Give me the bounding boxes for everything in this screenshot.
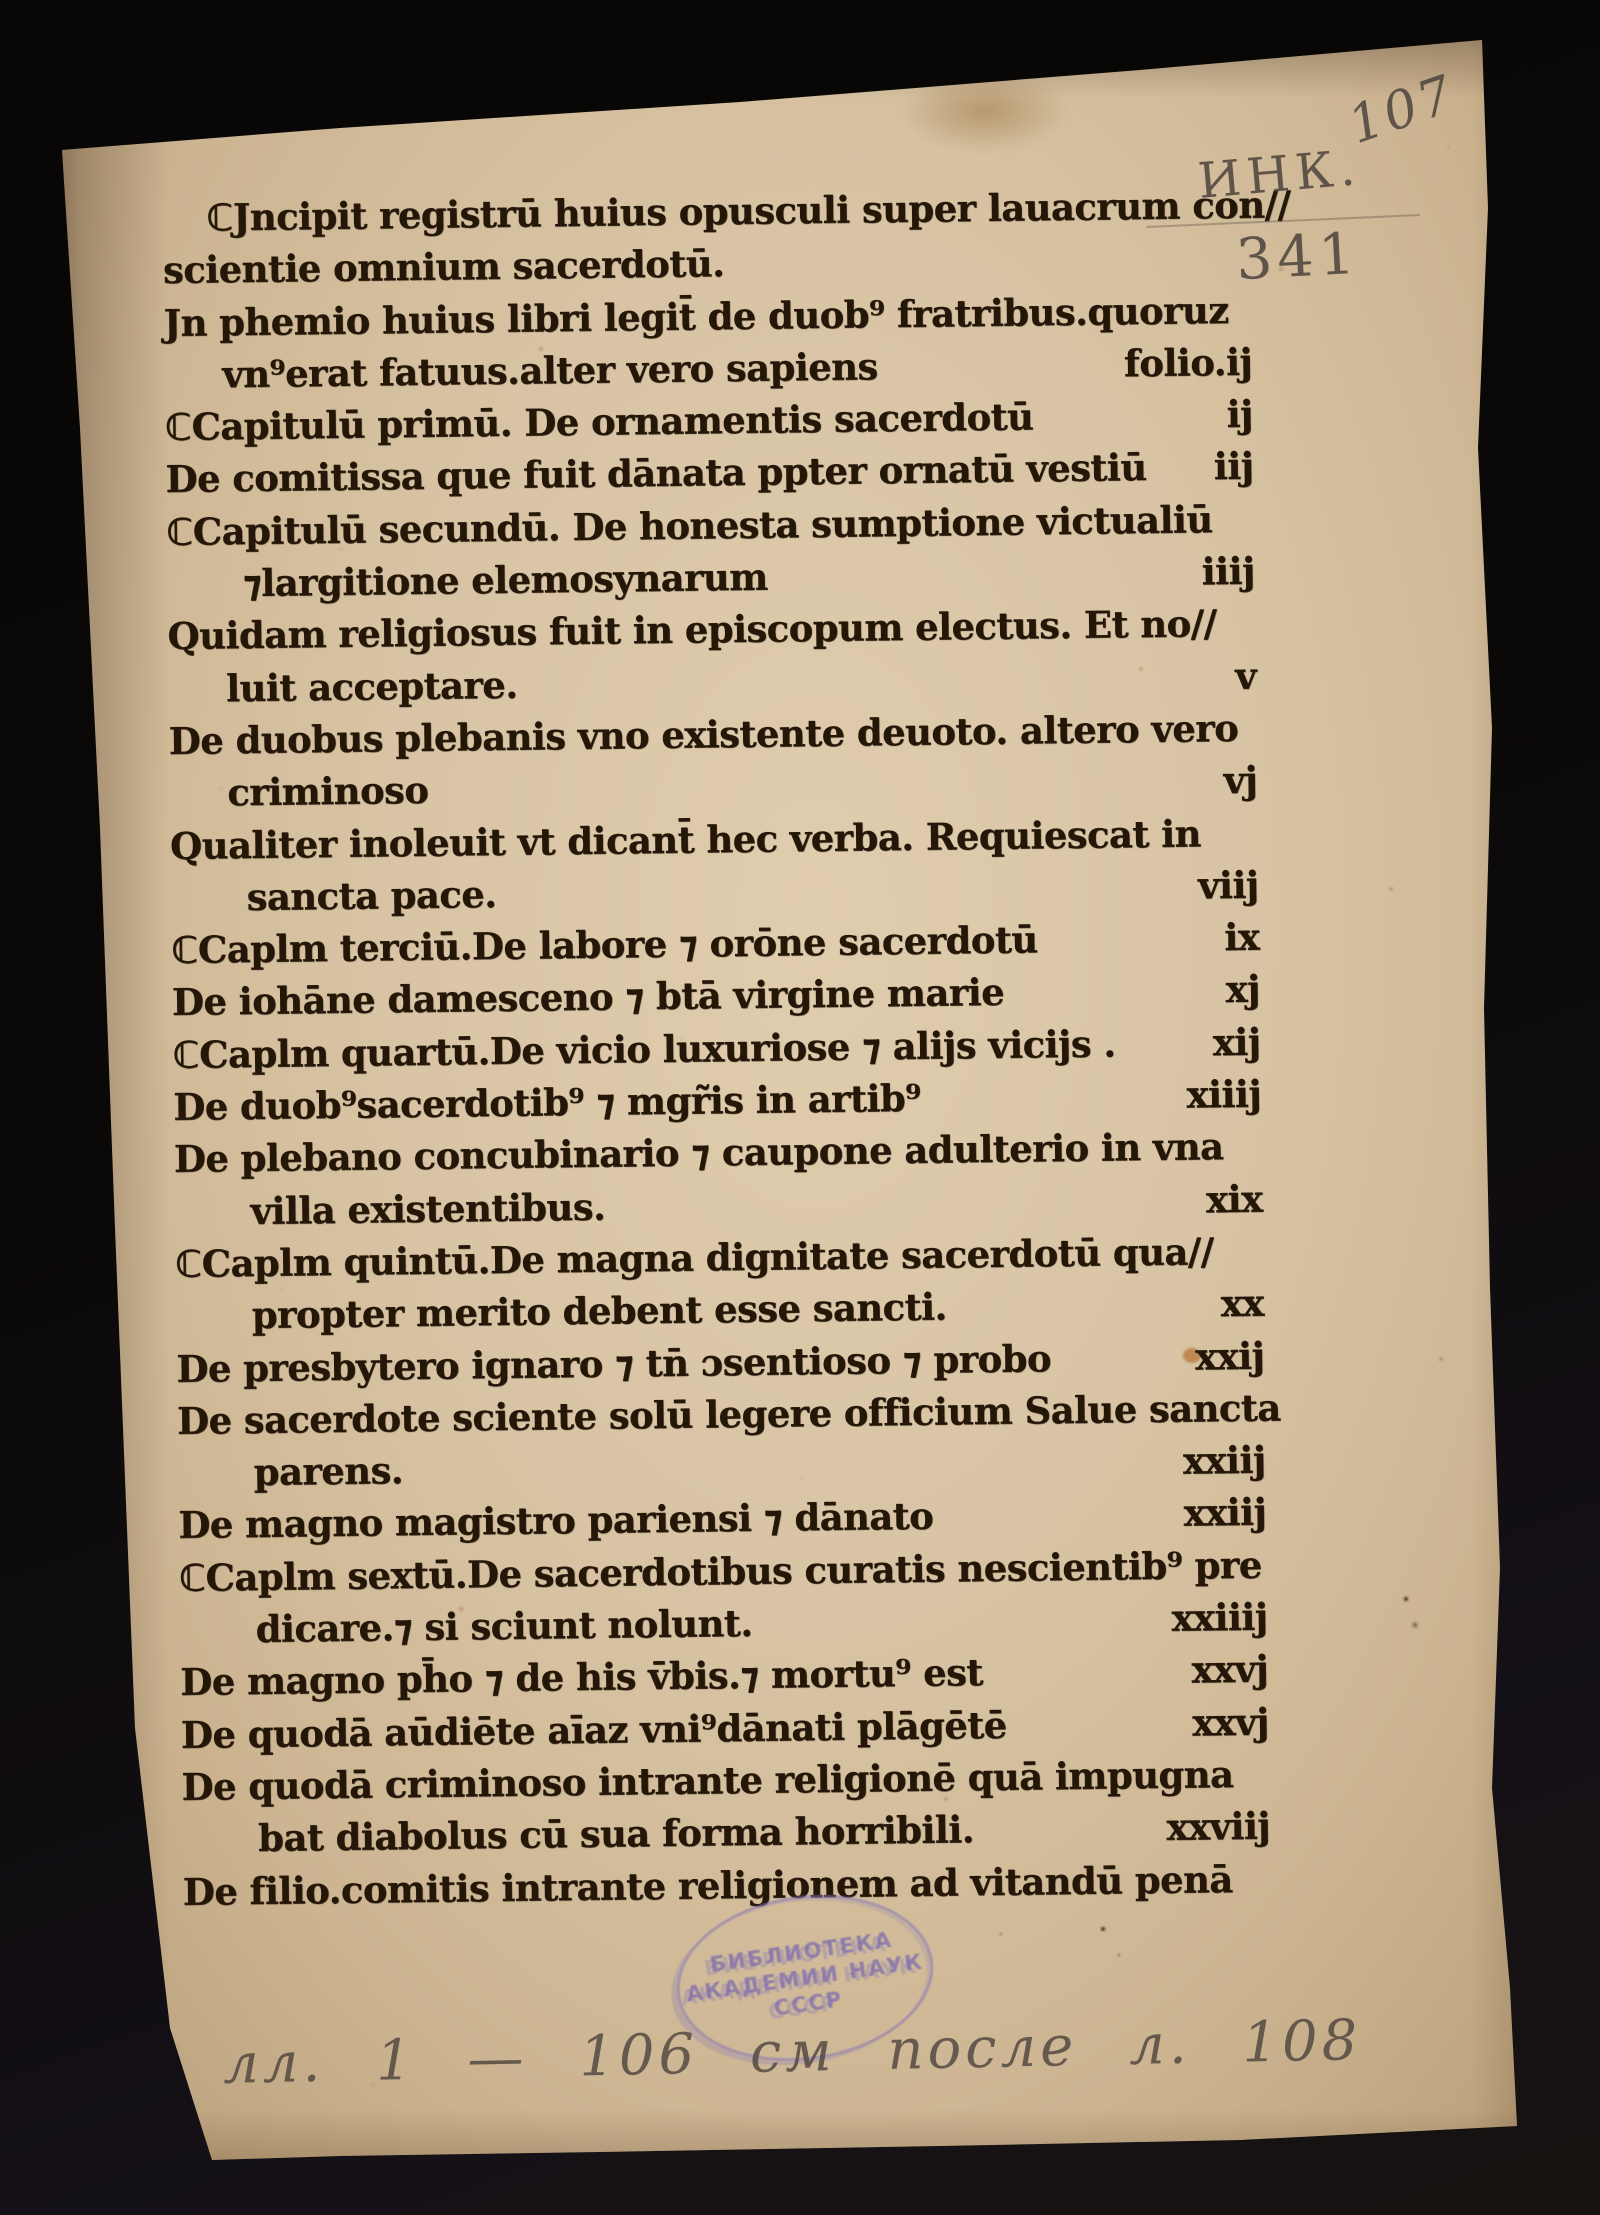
register-entry-text: bat diabolus cū sua forma horribili. (182, 1803, 974, 1865)
register-entry-text: De duob⁹sacerdotib⁹ ⁊ mgr̃is in artib⁹ (173, 1072, 921, 1133)
register-folio-number: xxiiij (1153, 1591, 1268, 1645)
register-folio-number: folio.ij (1106, 336, 1253, 390)
register-entry-text: propter merito debent esse sancti. (175, 1281, 947, 1343)
register-folio-number: xxviij (1148, 1800, 1270, 1854)
register-folio-number: xix (1188, 1172, 1263, 1225)
register-entry-text: vn⁹erat fatuus.alter vero sapiens (164, 340, 878, 401)
register-folio-number: xxvj (1173, 1643, 1268, 1696)
register-entry-text: parens. (177, 1444, 403, 1499)
register-folio-number: iiij (1183, 545, 1255, 598)
register-entry-text: scientie omnium sacerdotū. (163, 237, 725, 296)
printed-register: ℂJncipit registrū huius opusculi super l… (162, 179, 1271, 1918)
register-folio-number: xx (1202, 1277, 1264, 1330)
register-entry-text: villa existentibus. (174, 1180, 605, 1238)
register-folio-number: vj (1205, 754, 1257, 807)
register-folio-number: xxiij (1165, 1434, 1266, 1488)
book-page: ℂJncipit registrū huius opusculi super l… (40, 28, 1530, 2163)
paper-stain (900, 68, 1070, 153)
register-folio-number: xj (1207, 963, 1260, 1016)
register-folio-number: xij (1194, 1015, 1260, 1068)
register-folio-number: iij (1195, 440, 1253, 493)
register-folio-number: xxvj (1174, 1695, 1269, 1748)
register-entry-text: sancta pace. (170, 868, 496, 924)
paper-speckles (40, 28, 42, 30)
pencil-foliation-note: лл. 1 — 106 см после л. 108 (222, 2008, 1361, 2097)
underlying-leaf-edge (0, 238, 92, 2136)
register-entry-text: luit acceptare. (168, 658, 518, 715)
register-entry-text: dicare.⁊ si sciunt nolunt. (179, 1597, 753, 1656)
register-folio-number: viij (1180, 859, 1259, 912)
register-entry-text: ⁊largitione elemosynarum (166, 551, 768, 611)
register-folio-number: xxij (1177, 1329, 1265, 1382)
register-entry-text: criminoso (169, 764, 429, 819)
register-folio-number: v (1217, 649, 1257, 702)
pencil-inventory-label: ИНК. (1196, 139, 1363, 210)
register-folio-number: ij (1208, 388, 1253, 441)
pencil-page-number: 107 (1341, 64, 1463, 156)
register-entry-text: De magno magistro pariensi ⁊ dānato (178, 1490, 934, 1552)
register-folio-number: xiiij (1168, 1068, 1261, 1121)
register-folio-number: ix (1206, 911, 1260, 964)
pencil-inventory-number: 341 (1234, 221, 1361, 293)
photograph: ℂJncipit registrū huius opusculi super l… (0, 0, 1600, 2215)
register-folio-number: xxiij (1165, 1486, 1266, 1540)
